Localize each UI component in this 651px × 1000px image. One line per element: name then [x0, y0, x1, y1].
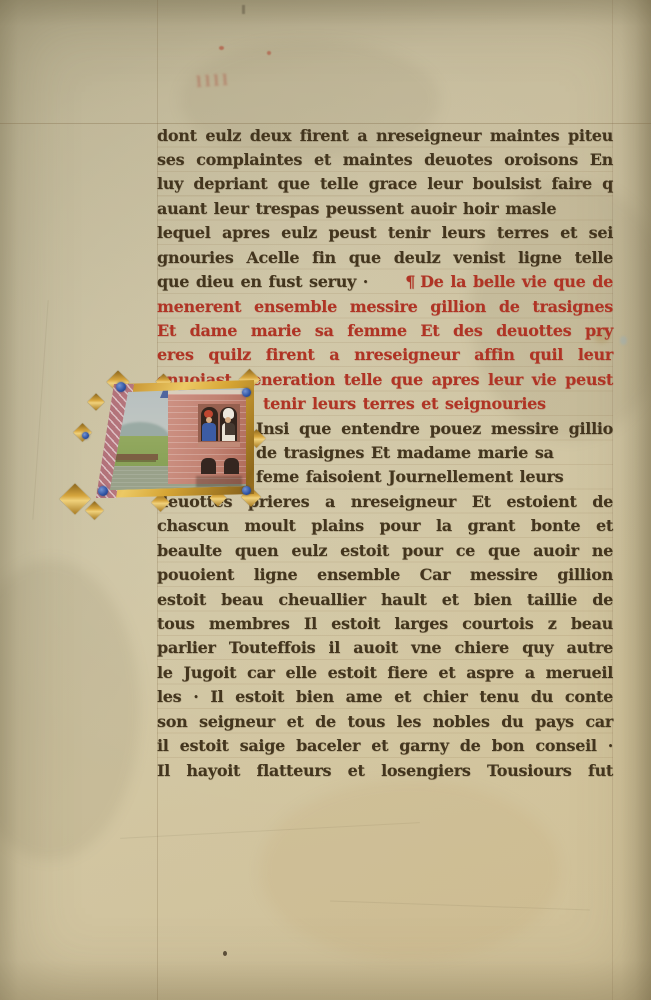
rubric-line: menerent ensemble messire gillion de tra… — [157, 295, 613, 319]
manuscript-page: llll dont eulz deux firent a nreseigneur… — [0, 0, 651, 1000]
floret-icon — [98, 486, 108, 496]
text-line: feme faisoient Journellement leurs — [256, 465, 613, 489]
text-line: beaulte quen eulz estoit pour ce que auo… — [157, 539, 613, 563]
text-line: dont eulz deux firent a nreseigneur main… — [157, 124, 613, 148]
text-line: pouoient ligne ensemble Car messire gill… — [157, 563, 613, 587]
text-segment: que dieu en fust seruy · — [157, 270, 368, 294]
text-line: estoit beau cheuallier hault et bien tai… — [157, 588, 613, 612]
castle-lower-window — [224, 458, 239, 474]
castle-lower-window — [201, 458, 216, 474]
red-dot — [219, 46, 224, 50]
gold-cusp — [85, 501, 103, 519]
figure-woman-gown — [222, 423, 235, 441]
text-line: il estoit saige baceler et garny de bon … — [157, 734, 613, 758]
parchment-crease — [32, 300, 48, 520]
paraph-mark-icon: ¶ — [405, 272, 415, 291]
text-line: les · Il estoit bien ame et chier tenu d… — [157, 685, 613, 709]
floret-icon — [116, 382, 126, 392]
rubric-line: eres quilz firent a nreseigneur affin qu… — [157, 343, 613, 367]
parchment-crease — [330, 900, 590, 910]
rubric-line: Et dame marie sa femme Et des deuottes p… — [157, 319, 613, 343]
gold-cusp — [88, 394, 105, 411]
text-line-with-rubric: que dieu en fust seruy · ¶De la belle vi… — [157, 270, 613, 294]
text-line: son seigneur et de tous les nobles du pa… — [157, 710, 613, 734]
ink-speck — [223, 951, 227, 956]
floret-icon — [242, 486, 251, 495]
text-line: ses complaintes et maintes deuotes orois… — [157, 148, 613, 172]
text-line: Il hayoit flatteurs et losengiers Tousio… — [157, 759, 613, 783]
red-dot — [267, 51, 271, 55]
water-reflection — [196, 476, 242, 488]
faded-inscription: llll — [195, 71, 231, 91]
text-line: luy depriant que telle grace leur boulsi… — [157, 172, 613, 196]
text-line: le Jugoit car elle estoit fiere et aspre… — [157, 661, 613, 685]
text-line: tous membres Il estoit larges courtois z… — [157, 612, 613, 636]
margin-smudge — [620, 336, 627, 345]
rubric-line: tenir leurs terres et seignouries — [263, 392, 613, 416]
text-line: lequel apres eulz peust tenir leurs terr… — [157, 221, 613, 245]
floret-icon — [242, 388, 251, 397]
text-line: Insi que entendre pouez messire gillio — [256, 417, 613, 441]
parchment-stain — [0, 560, 140, 860]
text-line: gnouries Acelle fin que deulz venist lig… — [157, 246, 613, 270]
floret-icon — [82, 432, 89, 439]
miniature-bridge — [114, 454, 158, 460]
parchment-crease — [120, 822, 420, 839]
castle-window-sill — [198, 442, 240, 447]
text-line: de trasignes Et madame marie sa — [256, 441, 613, 465]
text-line: auant leur trespas peussent auoir hoir m… — [157, 197, 613, 221]
text-line: parlier Touteffois il auoit vne chiere q… — [157, 636, 613, 660]
parchment-stain — [260, 780, 560, 960]
figure-man-torso — [202, 423, 216, 441]
ink-speck — [242, 5, 245, 14]
rubric-segment: ¶De la belle vie que de — [405, 270, 613, 294]
illuminated-initial-A — [62, 370, 268, 520]
